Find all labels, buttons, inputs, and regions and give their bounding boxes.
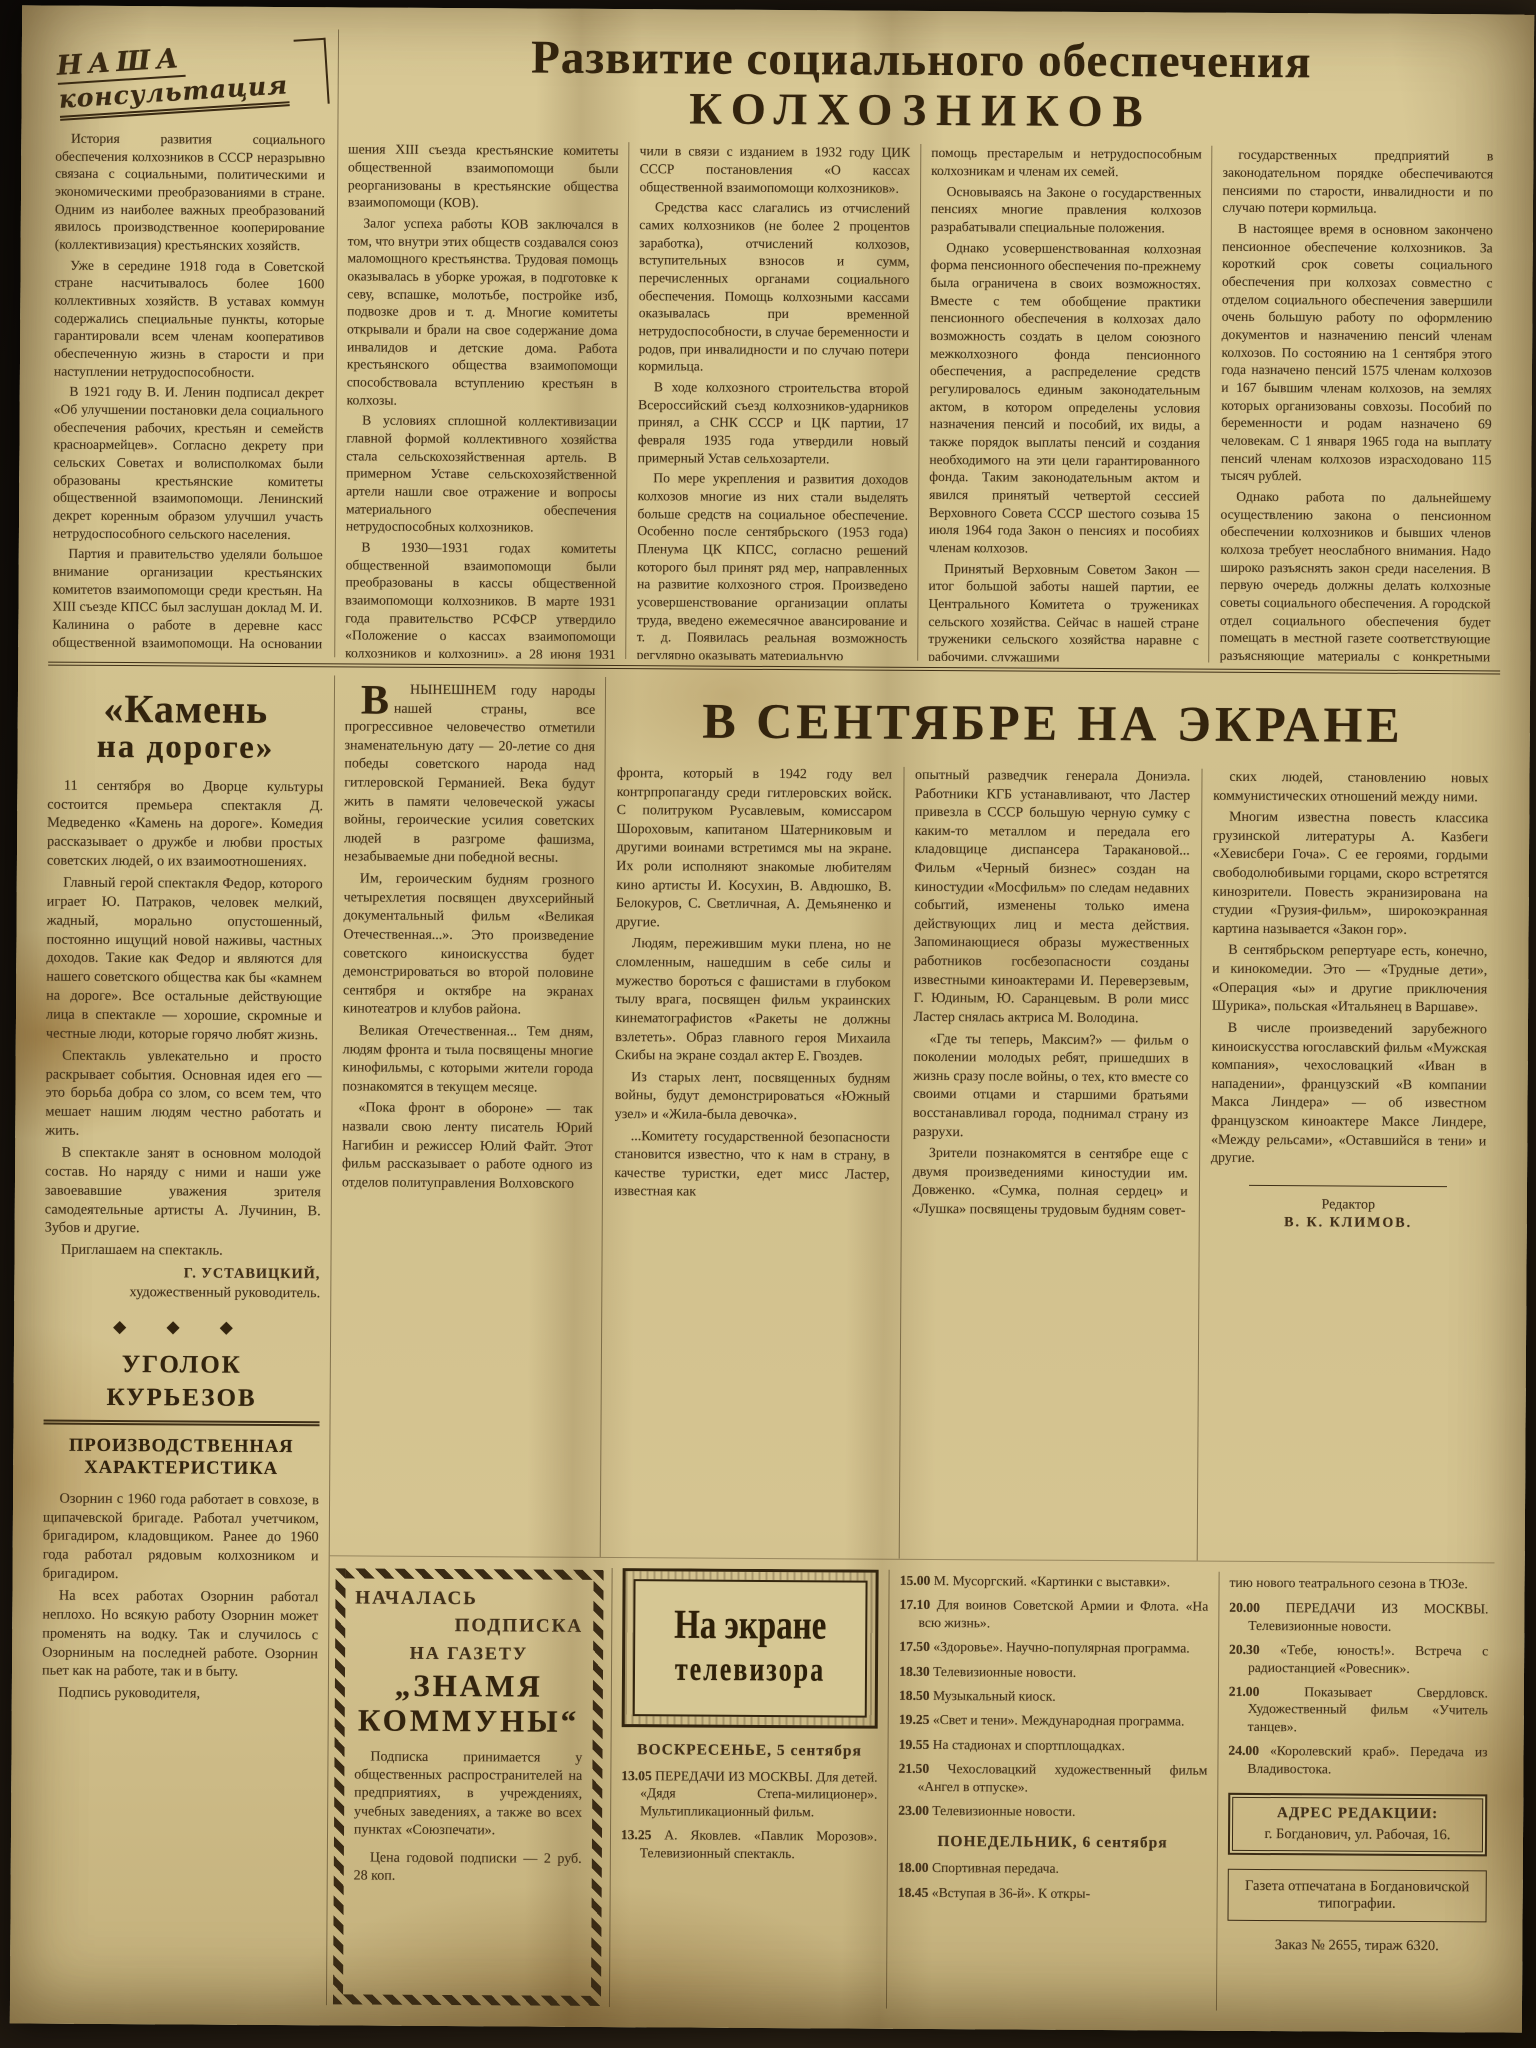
cinema-columns: фронта, который в 1942 году вел контрпро… [601, 765, 1499, 1562]
address-title: АДРЕС РЕДАКЦИИ: [1238, 1805, 1477, 1823]
paragraph: «Где ты теперь, Максим?» — фильм о покол… [913, 1030, 1189, 1143]
cinema-headline: В СЕНТЯБРЕ НА ЭКРАНЕ [612, 691, 1494, 754]
tv-program-item: 19.25 «Свет и тени». Международная прогр… [899, 1711, 1208, 1730]
subscription-title-line-1: „ЗНАМЯ [395, 1667, 543, 1703]
tv-program-time: 13.25 [621, 1827, 652, 1842]
paragraph: Из старых лент, посвященных будням войны… [615, 1069, 891, 1127]
paragraph: Людям, пережившим муки плена, но не слом… [615, 936, 891, 1068]
paragraph: Залог успеха работы КОВ заключался в том… [347, 214, 619, 410]
tv-box-title-line-2: телевизора [641, 1650, 860, 1690]
curiosities-subtitle: ПРОИЗВОДСТВЕННАЯ ХАРАКТЕРИСТИКА [43, 1435, 319, 1481]
tv-program-item: 17.10 Для воинов Советской Армии и Флота… [899, 1596, 1208, 1633]
right-lower-area: В НЫНЕШНЕМ году народы нашей страны, все… [327, 675, 1500, 2012]
newspaper-page: НАША консультация История развития социа… [10, 5, 1534, 2032]
tv-program-time: 19.25 [899, 1712, 930, 1727]
lead-headline-line-2: КОЛХОЗНИКОВ [338, 82, 1503, 138]
paragraph: В 1921 году В. И. Ленин подписал декрет … [53, 383, 324, 544]
paragraph: В числе произведений зарубежного киноиск… [1211, 1020, 1487, 1171]
paragraph: Зрители познакомятся в сентябре еще с дв… [912, 1145, 1188, 1221]
paragraph: Однако усовершенствованная колхозная фор… [929, 239, 1201, 559]
tv-program-time: 24.00 [1228, 1743, 1259, 1758]
tv-continuation-line: тию нового театрального сезона в ТЮЗе. [1229, 1574, 1488, 1593]
bottom-band: НАЧАЛАСЬ ПОДПИСКА НА ГАЗЕТУ „ЗНАМЯ КОММУ… [327, 1555, 1495, 2012]
paragraph: По мере укрепления и развития доходов ко… [637, 470, 909, 661]
curiosities-title: УГОЛОК КУРЬЕЗОВ [44, 1348, 320, 1427]
paragraph: ...Комитету государственной безопасности… [614, 1128, 890, 1204]
paragraph: Многим известна повесть классика грузинс… [1212, 809, 1488, 941]
subscription-word-2: ПОДПИСКА [355, 1613, 583, 1639]
printing-house-note: Газета отпечатана в Богдановичской типог… [1227, 1869, 1486, 1923]
curiosities-subtitle-line-1: ПРОИЗВОДСТВЕННАЯ [69, 1436, 294, 1457]
stone-title-line-2: на дороге» [48, 730, 324, 766]
tv-program-time: 19.55 [899, 1737, 930, 1752]
tv-program-item: 20.00 ПЕРЕДАЧИ ИЗ МОСКВЫ. Телевизионные … [1229, 1599, 1488, 1635]
lead-article-column-1: НАША консультация История развития социа… [48, 28, 339, 658]
cinema-main: В СЕНТЯБРЕ НА ЭКРАНЕ фронта, который в 1… [600, 677, 1500, 1562]
tv-schedule-column-3: тию нового театрального сезона в ТЮЗе. 2… [1216, 1572, 1495, 2013]
tv-program-item: 18.45 «Вступая в 36-й». К откры- [898, 1883, 1207, 1902]
cinema-col3-text: опытный разведчик генерала Дониэла. Рабо… [898, 767, 1201, 1561]
tv-set-graphic: На экране телевизора [622, 1568, 879, 1729]
tv-schedule-column-2: 15.00 М. Мусоргский. «Картинки с выставк… [886, 1570, 1218, 2011]
tv-program-item: 21.50 Чехословацкий художественный фильм… [898, 1760, 1207, 1797]
paragraph: В 1930—1931 годах комитеты общественной … [345, 539, 617, 660]
paragraph: фронта, который в 1942 году вел контрпро… [616, 765, 892, 934]
print-order-line: Заказ № 2655, тираж 6320. [1227, 1937, 1486, 1956]
tv-program-time: 17.10 [900, 1597, 931, 1612]
address-value: г. Богданович, ул. Рабочая, 16. [1238, 1826, 1477, 1844]
paragraph: История развития социального обеспечения… [55, 130, 326, 255]
lead-col5: государственных предприятий в законодате… [1209, 146, 1504, 664]
horizontal-rule [48, 662, 1500, 675]
curiosities-subtitle-line-2: ХАРАКТЕРИСТИКА [84, 1458, 278, 1479]
paragraph: В НЫНЕШНЕМ году народы нашей страны, все… [344, 681, 596, 869]
paragraph: Им, героическим будням грозного четырехл… [343, 870, 594, 1020]
paragraph: На всех работах Озорнин работал неплохо.… [42, 1587, 318, 1683]
paragraph: Цена годовой подписки — 2 руб. 28 коп. [354, 1849, 582, 1887]
paragraph: В сентябрьском репертуаре есть, конечно,… [1212, 942, 1488, 1018]
tv-program-time: 18.30 [899, 1663, 930, 1678]
section-label-nasha-konsultatsiya: НАША консультация [56, 34, 326, 121]
paragraph: Великая Отечественная... Тем дням, людям… [342, 1022, 593, 1098]
paragraph: «Пока фронт в обороне» — так назвали сво… [342, 1100, 593, 1195]
tv-program-item: 21.00 Показывает Свердловск. Художествен… [1229, 1683, 1488, 1737]
paragraph: опытный разведчик генерала Дониэла. Рабо… [914, 767, 1191, 1029]
paragraph: В настоящее время в основном закончено п… [1221, 220, 1493, 487]
cinema-col2-text: фронта, который в 1942 году вел контрпро… [601, 765, 903, 1559]
paragraph: Средства касс слагались из отчислений са… [638, 199, 910, 377]
lead-headline-line-1: Развитие социального обеспечения [339, 31, 1504, 89]
paragraph: В спектакле занят в основном молодой сос… [45, 1144, 321, 1240]
paragraph: В ходе колхозного строительства второй В… [638, 378, 909, 468]
lead-col5-text: государственных предприятий в законодате… [1220, 146, 1494, 664]
paragraph: ских людей, становлению новых коммунисти… [1213, 769, 1488, 808]
subscription-box: НАЧАЛАСЬ ПОДПИСКА НА ГАЗЕТУ „ЗНАМЯ КОММУ… [333, 1568, 604, 2006]
cinema-article: В НЫНЕШНЕМ году народы нашей страны, все… [330, 675, 1500, 1562]
tv-program-item: 17.50 «Здоровье». Научно-популярная прог… [899, 1638, 1208, 1657]
cinema-intro-column: В НЫНЕШНЕМ году народы нашей страны, все… [330, 675, 606, 1557]
lead-article-body: Развитие социального обеспечения КОЛХОЗН… [335, 29, 1504, 664]
paragraph: помощь престарелым и нетрудоспособным ко… [931, 144, 1202, 181]
editor-label: Редактор [1249, 1196, 1447, 1216]
left-column: «Камень на дороге» 11 сентября во Дворце… [40, 674, 335, 2006]
paragraph: В условиях сплошной коллективизации глав… [346, 412, 617, 537]
stone-signature: Г. УСТАВИЦКИЙ, художественный руководите… [44, 1264, 320, 1303]
cinema-col4: ских людей, становлению новых коммунисти… [1196, 769, 1499, 1563]
stone-article-text: 11 сентября во Дворце культуры состоится… [45, 776, 324, 1261]
stone-article-title: «Камень на дороге» [48, 688, 324, 766]
tv-monday-items-b: 20.00 ПЕРЕДАЧИ ИЗ МОСКВЫ. Телевизионные … [1228, 1599, 1488, 1778]
tv-program-time: 18.50 [899, 1688, 930, 1703]
curiosities-text: Озорнин с 1960 года работает в совхозе, … [42, 1489, 319, 1704]
subscription-title-line-2: КОММУНЫ“ [358, 1703, 579, 1739]
cinema-col4-text: ских людей, становлению новых коммунисти… [1211, 769, 1489, 1170]
paragraph: государственных предприятий в законодате… [1222, 146, 1493, 218]
lead-col4-text: помощь престарелым и нетрудоспособным ко… [917, 144, 1212, 662]
tv-program-item: 15.00 М. Мусоргский. «Картинки с выставк… [900, 1572, 1209, 1591]
tv-program-item: 13.05 ПЕРЕДАЧИ ИЗ МОСКВЫ. Для детей. «Дя… [621, 1767, 878, 1821]
tv-day-header-sunday: ВОСКРЕСЕНЬЕ, 5 сентября [621, 1741, 877, 1761]
tv-program-item: 18.00 Спортивная передача. [898, 1859, 1207, 1878]
editor-name: В. К. КЛИМОВ. [1249, 1214, 1447, 1234]
tv-program-item: 19.55 На стадионах и спортплощадках. [899, 1736, 1208, 1755]
tv-program-time: 20.00 [1229, 1600, 1260, 1615]
subscription-word-3: НА ГАЗЕТУ [355, 1642, 583, 1667]
paragraph: Основываясь на Законе о государственных … [931, 183, 1202, 238]
paragraph: Принятый Верховным Советом Закон — итог … [928, 560, 1199, 663]
diamond-separator-icon: ◆ ◆ ◆ [44, 1315, 320, 1339]
tv-program-item: 23.00 Телевизионные новости. [898, 1802, 1207, 1821]
paragraph: Главный герой спектакля Федор, которого … [46, 874, 323, 1045]
tv-monday-items-a: 18.00 Спортивная передача.18.45 «Вступая… [898, 1859, 1207, 1903]
paragraph: Спектакль увлекательно и просто раскрыва… [45, 1046, 321, 1142]
tv-program-item: 18.30 Телевизионные новости. [899, 1662, 1208, 1681]
lower-section: «Камень на дороге» 11 сентября во Дворце… [40, 674, 1500, 2013]
paragraph: шения XIII съезда крестьянские комитеты … [348, 141, 619, 213]
lead-article: НАША консультация История развития социа… [48, 28, 1504, 665]
subscription-text: Подписка принимается у общественных расп… [354, 1749, 583, 1888]
stone-signature-name: Г. УСТАВИЦКИЙ, [184, 1266, 321, 1283]
tv-program-time: 21.50 [899, 1761, 930, 1776]
tv-program-time: 17.50 [899, 1639, 930, 1654]
stone-title-line-1: «Камень [48, 688, 324, 732]
tv-program-time: 20.30 [1229, 1642, 1260, 1657]
tv-program-time: 18.00 [898, 1860, 929, 1875]
paragraph: Однако работа по дальнейшему осуществлен… [1220, 488, 1492, 665]
stone-signature-role: художественный руководитель. [129, 1284, 320, 1301]
tv-program-time: 23.00 [898, 1803, 929, 1818]
tv-program-item: 24.00 «Королевский краб». Передача из Вл… [1228, 1742, 1487, 1778]
tv-box-title-line-1: На экране [641, 1603, 860, 1651]
editorial-address-box: АДРЕС РЕДАКЦИИ: г. Богданович, ул. Рабоч… [1228, 1793, 1487, 1857]
paragraph: Приглашаем на спектакль. [45, 1241, 321, 1262]
lead-col1-text: История развития социального обеспечения… [48, 130, 327, 658]
tv-schedule-column-1: На экране телевизора ВОСКРЕСЕНЬЕ, 5 сент… [609, 1568, 889, 2009]
tv-day-header-monday: ПОНЕДЕЛЬНИК, 6 сентября [898, 1833, 1207, 1853]
paragraph: Уже в середине 1918 года в Советской стр… [54, 256, 325, 381]
lead-col3-text: чили в связи с изданием в 1932 году ЦИК … [626, 142, 921, 660]
tv-program-item: 18.50 Музыкальный киоск. [899, 1687, 1208, 1706]
subscription-paper-title: „ЗНАМЯ КОММУНЫ“ [354, 1667, 582, 1740]
tv-program-item: 13.25 А. Яковлев. «Павлик Морозов». Теле… [621, 1826, 878, 1862]
lead-col2-text: шения XIII съезда крестьянские комитеты … [335, 141, 629, 659]
editor-block: Редактор В. К. КЛИМОВ. [1249, 1185, 1447, 1234]
paragraph: чили в связи с изданием в 1932 году ЦИК … [639, 143, 910, 198]
paragraph: Подписка принимается у общественных расп… [354, 1749, 583, 1841]
tv-program-item: 20.30 «Тебе, юность!». Встреча с радиост… [1229, 1641, 1488, 1677]
lead-columns: шения XIII съезда крестьянские комитеты … [335, 141, 1503, 665]
tv-screen-graphic: На экране телевизора [633, 1579, 868, 1717]
subscription-word-1: НАЧАЛАСЬ [355, 1586, 583, 1612]
tv-program-time: 18.45 [898, 1884, 929, 1899]
tv-sunday-items-b: 15.00 М. Мусоргский. «Картинки с выставк… [898, 1572, 1208, 1821]
paragraph: Подпись руководителя, [42, 1684, 318, 1705]
tv-sunday-items-a: 13.05 ПЕРЕДАЧИ ИЗ МОСКВЫ. Для детей. «Дя… [621, 1767, 878, 1863]
paragraph: Партия и правительство уделяли большое в… [52, 545, 323, 657]
paragraph: 11 сентября во Дворце культуры состоится… [47, 776, 323, 872]
tv-program-time: 15.00 [900, 1573, 931, 1588]
tv-program-time: 13.05 [621, 1768, 652, 1783]
paragraph: Озорнин с 1960 года работает в совхозе, … [43, 1489, 319, 1585]
subscription-ad: НАЧАЛАСЬ ПОДПИСКА НА ГАЗЕТУ „ЗНАМЯ КОММУ… [327, 1566, 612, 2007]
tv-program-time: 21.00 [1229, 1684, 1260, 1699]
lead-headline: Развитие социального обеспечения КОЛХОЗН… [338, 31, 1504, 137]
